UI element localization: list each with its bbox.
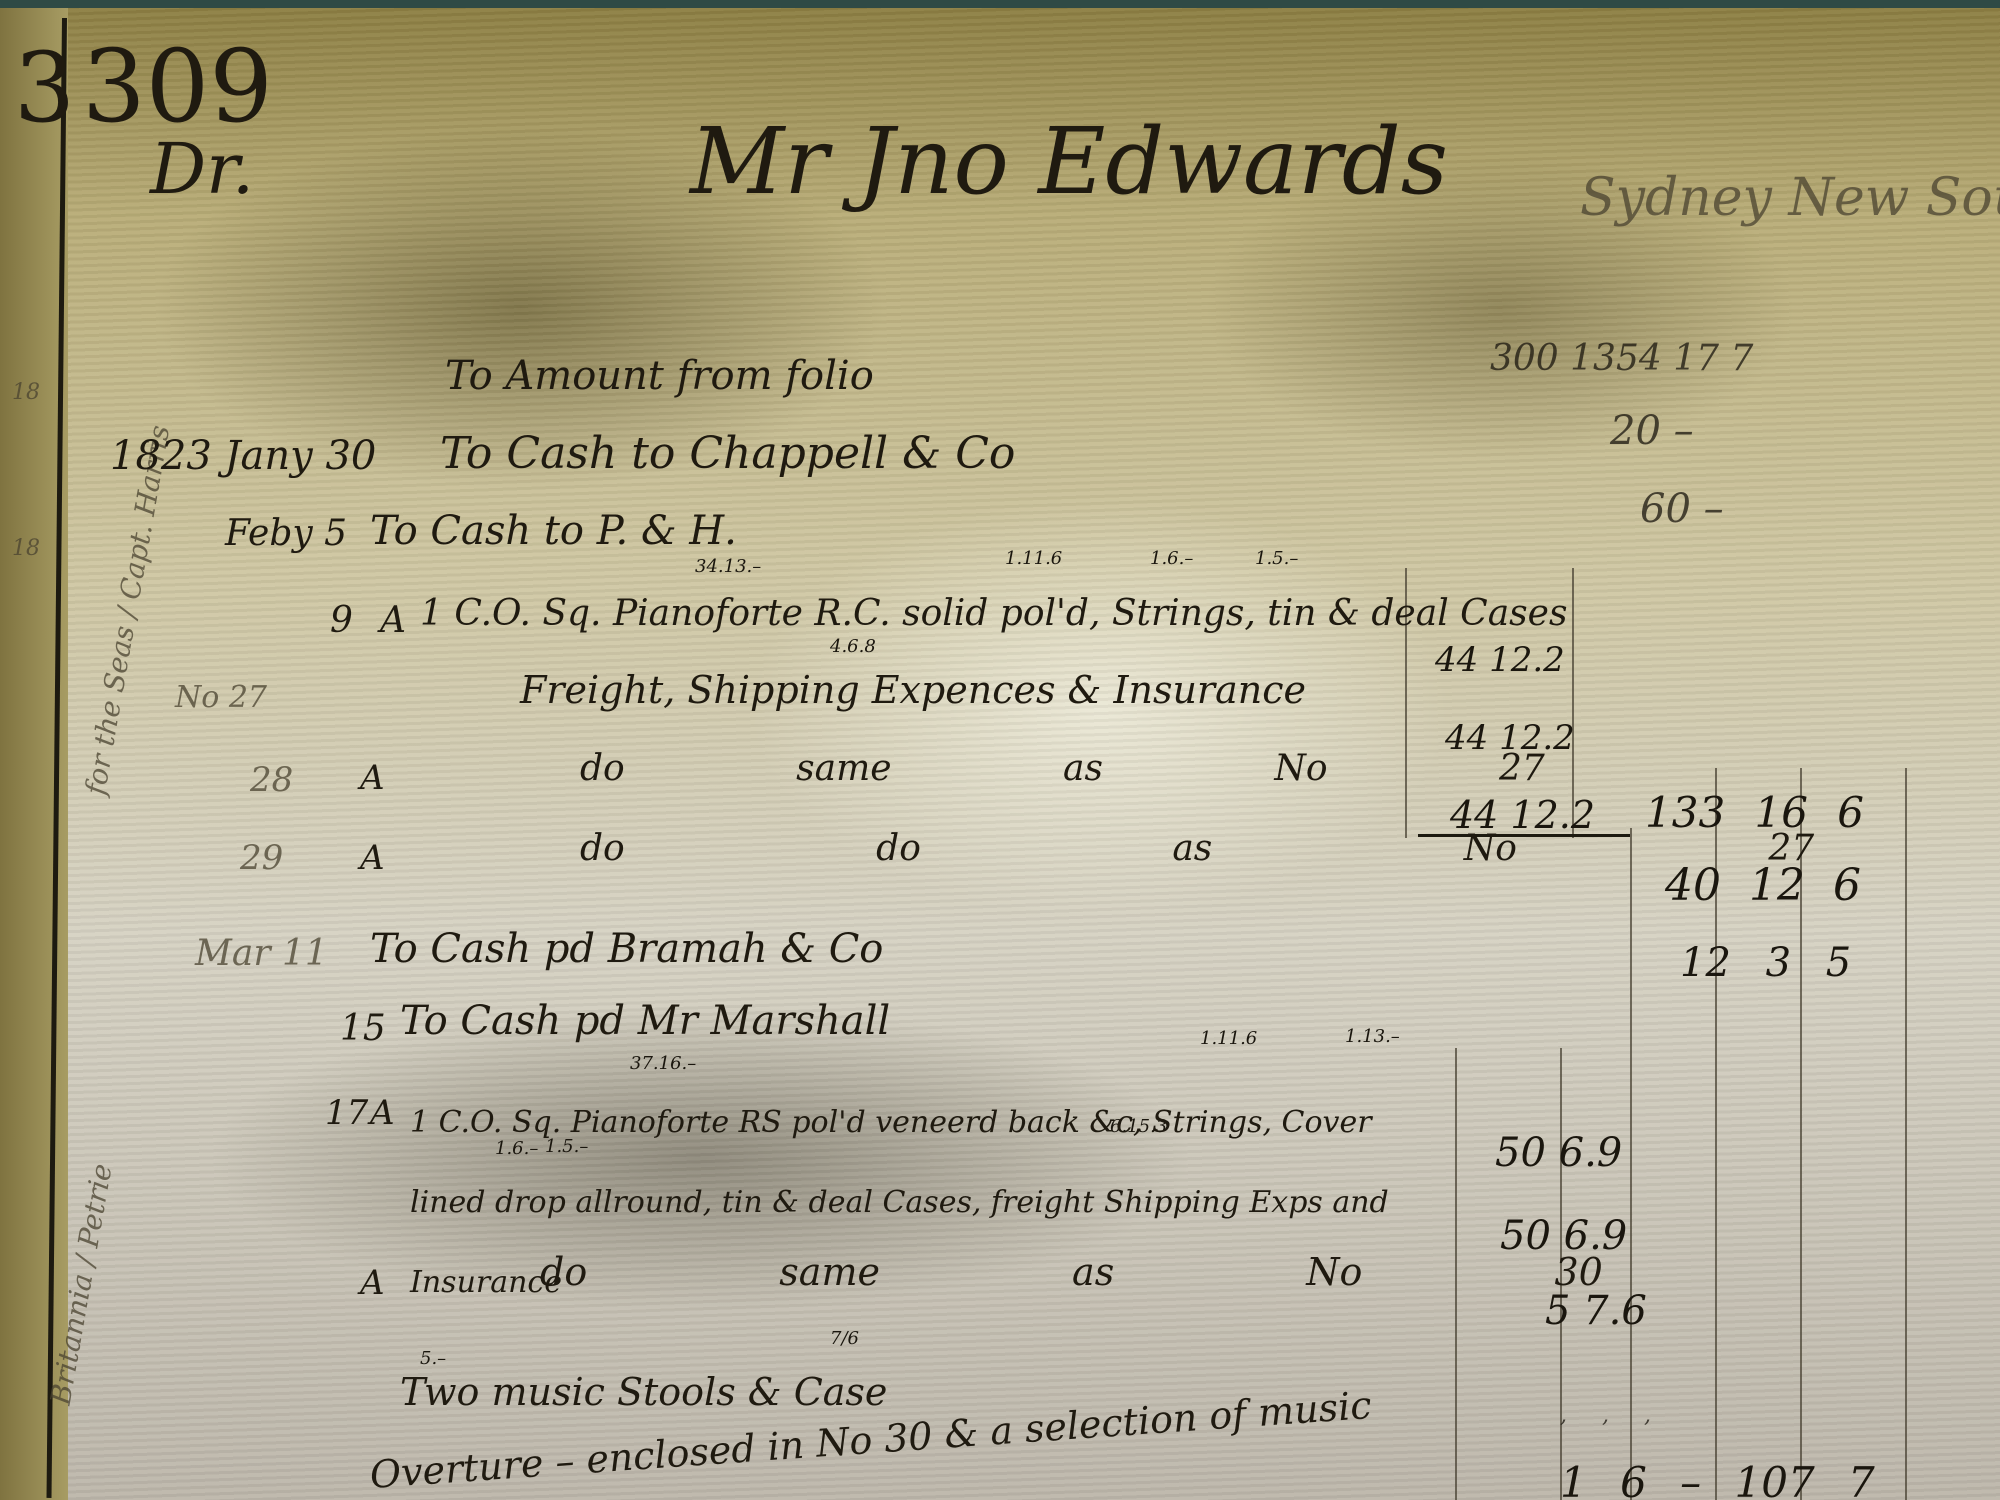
sub-amount: 1.13.– [1345,1026,1400,1047]
sub-amount: 4.6.8 [830,636,876,657]
entry-total: 133 16 6 [1645,788,1864,837]
entry-description: To Amount from folio [445,353,874,399]
entry-date: 15 [340,1008,386,1049]
entry-description: Freight, Shipping Expences & Insurance [520,668,1306,712]
entry-description: To Cash pd Mr Marshall [400,998,890,1044]
entry-ref: A [360,758,385,798]
entry-description: do do as No 27 [580,828,1814,869]
entry-ref: No 27 [175,680,267,715]
entry-date: 17 [325,1093,368,1133]
entry-description: do same as No 27 [580,748,1545,789]
left-folio-number: 3 [14,32,75,144]
column-rule [1905,768,1907,1500]
entry-amount: 20 – [1610,408,1694,454]
entry-description: Two music Stools & Case [400,1370,887,1414]
entry-total: 40 12 6 [1665,860,1861,911]
margin-row-prefix: 18 [12,536,40,561]
entry-date: Feby 5 [225,513,347,554]
sub-amount: 1.11.6 [1200,1028,1257,1049]
entry-description: To Cash to P. & H. [370,508,737,554]
entry-amount: 300 1354 17 7 [1490,338,1753,379]
account-location: Sydney New South [1580,168,2000,228]
entry-description: 1 C.O. Sq. Pianoforte R.C. solid pol'd, … [420,593,1567,634]
ledger-page: 3 309 Dr. Mr Jno Edwards Sydney New Sout… [0,8,2000,1500]
debit-label: Dr. [150,128,254,210]
column-rule [1630,828,1632,1500]
column-amount: 50 6.9 [1495,1130,1622,1176]
entry-description: To Cash pd Bramah & Co [370,926,883,972]
entry-total: 1 6 – 107 7 [1560,1458,1875,1500]
sub-amount: 1.5.– [1255,548,1298,569]
entry-date: 29 [240,838,283,878]
column-amount: 5 7.6 [1545,1288,1647,1334]
entry-description: do same as No 30 [540,1250,1603,1294]
entry-description: To Cash to Chappell & Co [440,428,1015,479]
column-amount: 44 12.2 [1450,793,1595,837]
account-name: Mr Jno Edwards [690,108,1448,215]
sub-amount: 1.11.6 [1005,548,1062,569]
entry-date: 1823 Jany 30 [110,433,376,479]
sub-amount: 5.– [420,1348,446,1369]
entry-date: 28 [250,760,293,800]
column-amount: 44 12.2 [1445,718,1575,758]
sub-amount: 34.13.– [695,556,761,577]
entry-ref: A [360,838,385,878]
entry-total: 12 3 5 [1680,940,1851,986]
entry-ref: A [380,600,406,641]
entry-ref: A [370,1093,395,1133]
entry-amount: 60 – [1640,486,1724,532]
column-amount: , , , [1560,1403,1651,1428]
entry-date: Mar 11 [195,933,328,974]
sub-amount: 37.16.– [630,1053,696,1074]
column-amount: 44 12.2 [1435,640,1565,680]
sub-amount: 1.6.– [1150,548,1193,569]
column-amount: 50 6.9 [1500,1213,1627,1259]
sub-amount: 7/6 [830,1328,859,1349]
margin-row-prefix: 18 [12,380,40,405]
entry-date: 9 [330,600,353,641]
entry-ref: A [360,1263,385,1303]
